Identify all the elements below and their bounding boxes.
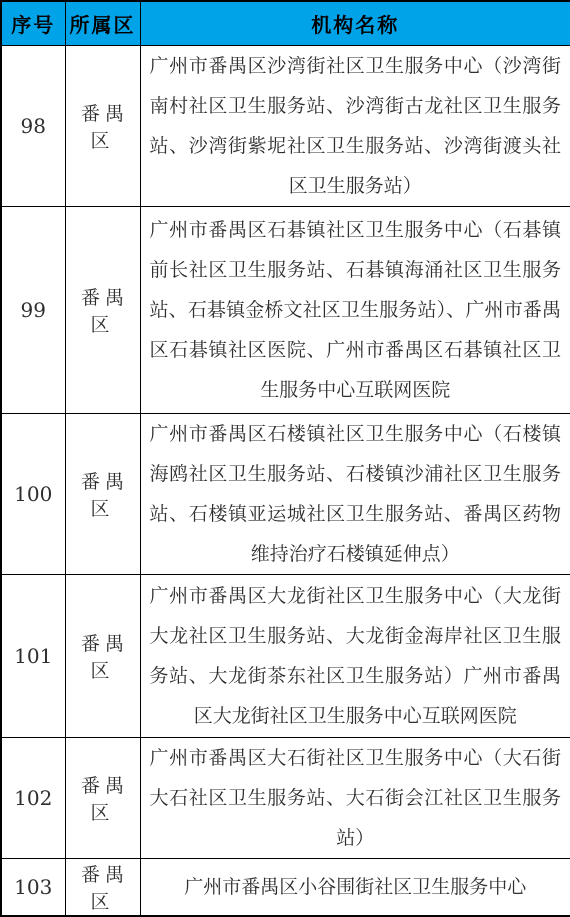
table-body: 98 番禺区 广州市番禺区沙湾街社区卫生服务中心（沙湾街南村社区卫生服务站、沙湾… bbox=[1, 46, 570, 917]
table-row: 99 番禺区 广州市番禺区石碁镇社区卫生服务中心（石碁镇前长社区卫生服务站、石碁… bbox=[1, 207, 570, 414]
row-name-cell: 广州市番禺区石碁镇社区卫生服务中心（石碁镇前长社区卫生服务站、石碁镇海涌社区卫生… bbox=[140, 207, 570, 414]
row-index-cell: 100 bbox=[1, 414, 65, 575]
row-index-cell: 102 bbox=[1, 738, 65, 859]
row-name-cell: 广州市番禺区大石街社区卫生服务中心（大石街大石社区卫生服务站、大石街会江社区卫生… bbox=[140, 738, 570, 859]
row-index-cell: 98 bbox=[1, 46, 65, 207]
row-district-cell: 番禺区 bbox=[65, 46, 140, 207]
row-index-cell: 101 bbox=[1, 575, 65, 738]
row-index-cell: 99 bbox=[1, 207, 65, 414]
row-name-cell: 广州市番禺区石楼镇社区卫生服务中心（石楼镇海鸥社区卫生服务站、石楼镇沙浦社区卫生… bbox=[140, 414, 570, 575]
row-name-cell: 广州市番禺区大龙街社区卫生服务中心（大龙街大龙社区卫生服务站、大龙街金海岸社区卫… bbox=[140, 575, 570, 738]
column-header-index: 序号 bbox=[1, 1, 65, 46]
table-row: 102 番禺区 广州市番禺区大石街社区卫生服务中心（大石街大石社区卫生服务站、大… bbox=[1, 738, 570, 859]
table-row: 100 番禺区 广州市番禺区石楼镇社区卫生服务中心（石楼镇海鸥社区卫生服务站、石… bbox=[1, 414, 570, 575]
row-district-cell: 番禺区 bbox=[65, 859, 140, 917]
header-row: 序号 所属区 机构名称 bbox=[1, 1, 570, 46]
row-district-cell: 番禺区 bbox=[65, 575, 140, 738]
column-header-name: 机构名称 bbox=[140, 1, 570, 46]
table-row: 98 番禺区 广州市番禺区沙湾街社区卫生服务中心（沙湾街南村社区卫生服务站、沙湾… bbox=[1, 46, 570, 207]
column-header-district: 所属区 bbox=[65, 1, 140, 46]
row-district-cell: 番禺区 bbox=[65, 414, 140, 575]
table-row: 103 番禺区 广州市番禺区小谷围街社区卫生服务中心 bbox=[1, 859, 570, 917]
row-district-cell: 番禺区 bbox=[65, 207, 140, 414]
row-name-cell: 广州市番禺区小谷围街社区卫生服务中心 bbox=[140, 859, 570, 917]
table-row: 101 番禺区 广州市番禺区大龙街社区卫生服务中心（大龙街大龙社区卫生服务站、大… bbox=[1, 575, 570, 738]
row-district-cell: 番禺区 bbox=[65, 738, 140, 859]
row-index-cell: 103 bbox=[1, 859, 65, 917]
institutions-table: 序号 所属区 机构名称 98 番禺区 广州市番禺区沙湾街社区卫生服务中心（沙湾街… bbox=[0, 0, 570, 917]
row-name-cell: 广州市番禺区沙湾街社区卫生服务中心（沙湾街南村社区卫生服务站、沙湾街古龙社区卫生… bbox=[140, 46, 570, 207]
